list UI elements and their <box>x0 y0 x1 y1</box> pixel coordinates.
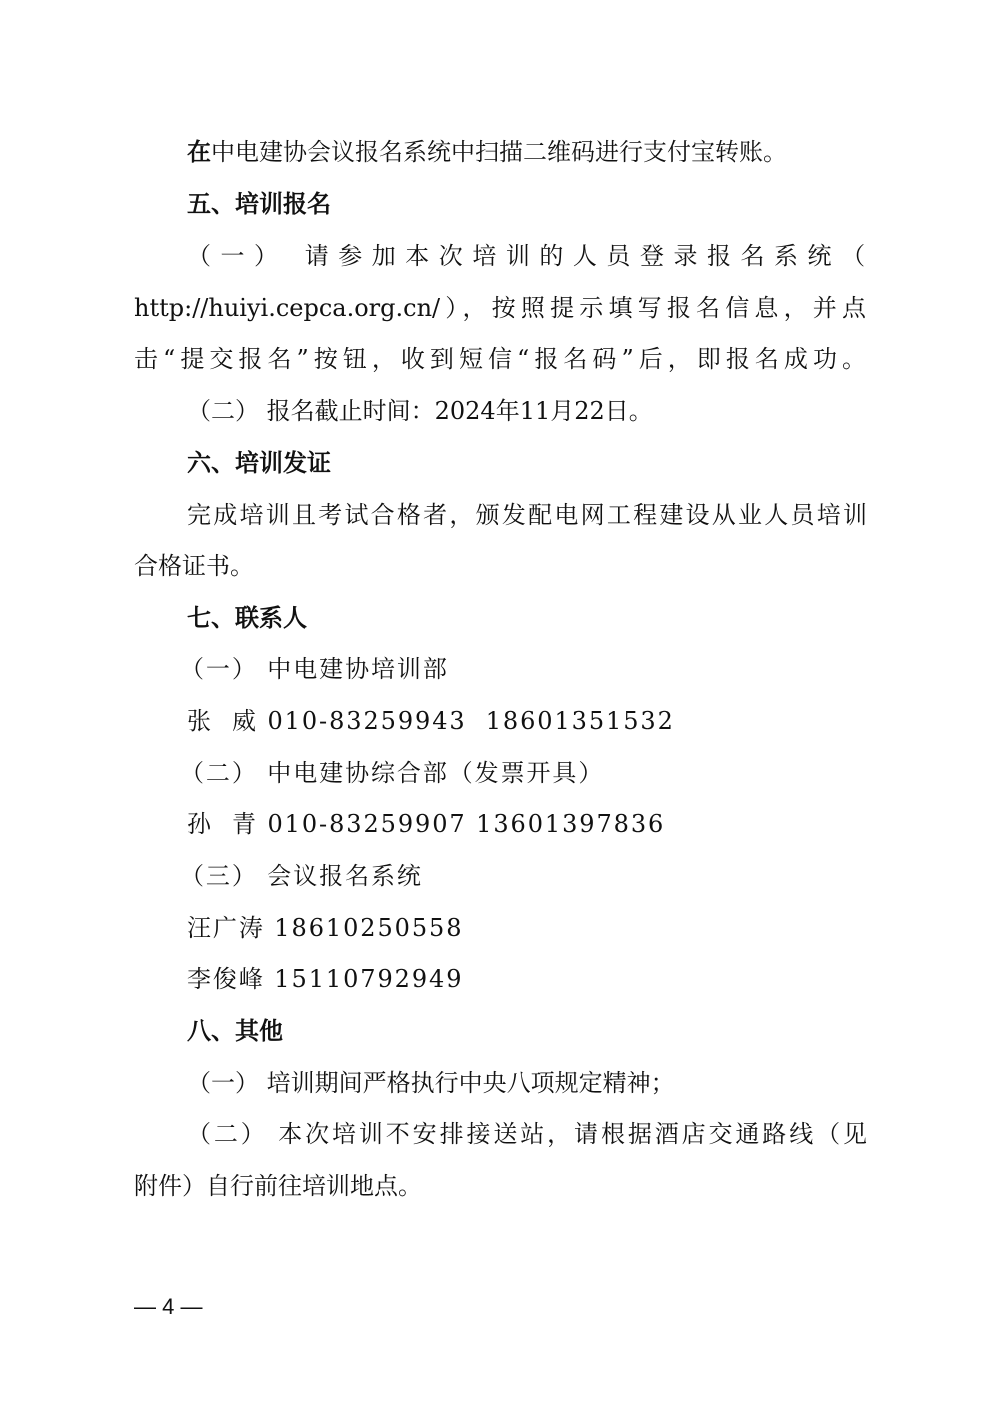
certificate-para-line-1: 完成培训且考试合格者，颁发配电网工程建设从业人员培训 <box>187 499 867 531</box>
other-item-2-line-1: （二） 本次培训不安排接送站，请根据酒店交通路线（见 <box>187 1118 867 1150</box>
contact-1-title: （一） 中电建协培训部 <box>180 653 449 685</box>
registration-para-1-line-3: 击“提交报名”按钮，收到短信“报名码”后，即报名成功。 <box>134 343 866 375</box>
certificate-para-line-2: 合格证书。 <box>134 550 254 582</box>
section-7-heading: 七、联系人 <box>187 602 307 634</box>
other-item-2-line-2: 附件）自行前往培训地点。 <box>134 1170 422 1202</box>
contact-3-person-2: 李俊峰 15110792949 <box>187 963 463 995</box>
payment-note-text: 中电建协会议报名系统中扫描二维码进行支付宝转账。 <box>211 138 787 166</box>
contact-2-person: 孙 青 010-83259907 13601397836 <box>187 808 665 840</box>
section-8-heading: 八、其他 <box>187 1015 283 1047</box>
contact-3-person-1: 汪广涛 18610250558 <box>187 912 463 944</box>
registration-deadline: （二） 报名截止时间：2024年11月22日。 <box>187 395 653 427</box>
contact-3-title: （三） 会议报名系统 <box>180 860 423 892</box>
page-number: — 4 — <box>134 1294 202 1320</box>
document-page: 在中电建协会议报名系统中扫描二维码进行支付宝转账。 五、培训报名 （一） 请参加… <box>0 0 992 1403</box>
section-5-heading: 五、培训报名 <box>187 188 331 220</box>
payment-note-line: 在中电建协会议报名系统中扫描二维码进行支付宝转账。 <box>187 136 787 168</box>
payment-note-first-char: 在 <box>187 138 211 166</box>
contact-2-title: （二） 中电建协综合部（发票开具） <box>180 757 604 789</box>
contact-1-person: 张 威 010-83259943 18601351532 <box>187 705 675 737</box>
other-item-1: （一） 培训期间严格执行中央八项规定精神； <box>187 1067 675 1099</box>
section-6-heading: 六、培训发证 <box>187 447 331 479</box>
registration-para-1-line-2: http://huiyi.cepca.org.cn/），按照提示填写报名信息，并… <box>134 292 866 324</box>
registration-para-1-line-1: （一） 请参加本次培训的人员登录报名系统（ <box>187 240 867 272</box>
